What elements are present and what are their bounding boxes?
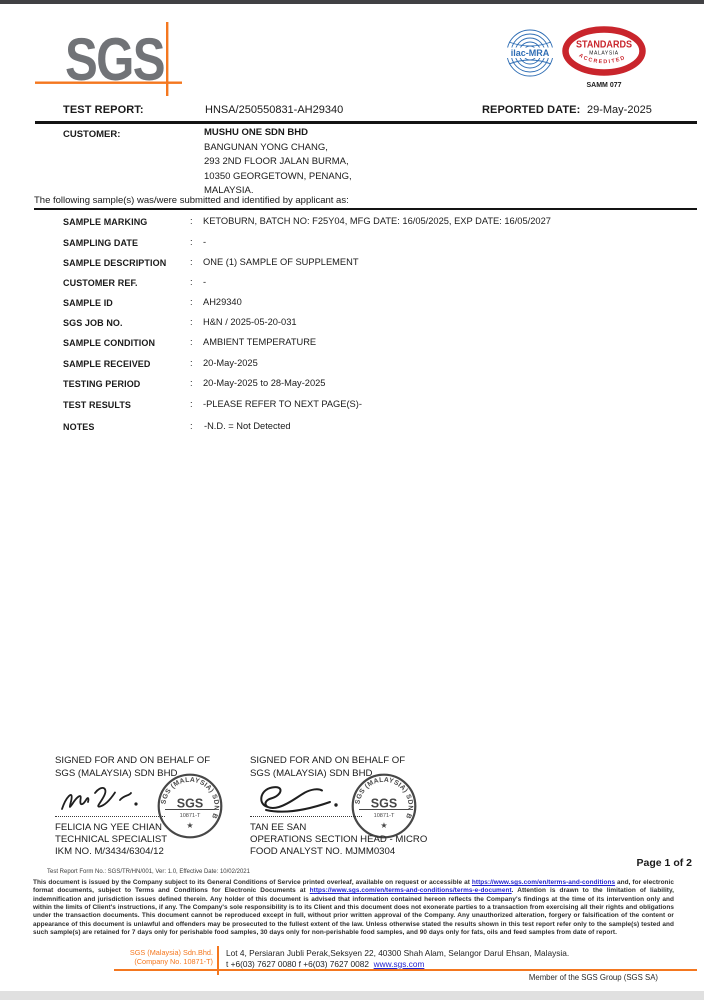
sgs-website-link[interactable]: www.sgs.com — [374, 959, 425, 969]
field-label-sample-marking: SAMPLE MARKING — [63, 217, 147, 227]
field-label-notes: NOTES — [63, 422, 95, 432]
footer-company-no: (Company No. 10871-T) — [100, 957, 213, 966]
signature-dotted-line — [250, 816, 362, 817]
signed-for-line: SIGNED FOR AND ON BEHALF OF — [55, 755, 210, 766]
signature-dotted-line — [55, 816, 165, 817]
customer-label: CUSTOMER: — [63, 129, 120, 140]
sgs-logo: SGS — [35, 18, 195, 105]
disclaimer-text: . Attention is drawn to the limitation o… — [33, 887, 674, 936]
stamp-center-text: SGS — [371, 797, 397, 811]
stamp-license-text: 10871-T — [374, 813, 395, 819]
scan-top-edge — [0, 0, 704, 4]
intro-line: The following sample(s) was/were submitt… — [34, 195, 349, 206]
footer-horizontal-rule — [114, 969, 697, 971]
footer-address: Lot 4, Persiaran Jubli Perak,Seksyen 22,… — [226, 948, 569, 959]
footer-phone-fax: t +6(03) 7627 0080 f +6(03) 7627 0082 — [226, 959, 369, 969]
field-label-testing-period: TESTING PERIOD — [63, 379, 140, 389]
field-label-customer-ref: CUSTOMER REF. — [63, 278, 138, 288]
field-value-sample-description: ONE (1) SAMPLE OF SUPPLEMENT — [203, 257, 359, 267]
disclaimer-text: This document is issued by the Company s… — [33, 879, 472, 886]
customer-address-line: 10350 GEORGETOWN, PENANG, — [204, 170, 352, 185]
signatory-title: TECHNICAL SPECIALIST — [55, 834, 167, 845]
company-stamp-icon: SGS (MALAYSIA) SDN BHD SGS 10871-T ★ — [156, 772, 224, 840]
field-colon: : — [190, 237, 193, 247]
ilac-mra-text: ilac-MRA — [511, 48, 550, 58]
scan-bottom-edge — [0, 991, 704, 1000]
test-report-label: TEST REPORT: — [63, 104, 144, 116]
stamp-license-text: 10871-T — [180, 813, 201, 819]
field-colon: : — [190, 216, 193, 226]
customer-address-line: 293 2ND FLOOR JALAN BURMA, — [204, 155, 352, 170]
signatory-name: FELICIA NG YEE CHIAN — [55, 822, 162, 833]
ilac-mra-icon: ilac-MRA — [505, 28, 555, 78]
field-label-sample-received: SAMPLE RECEIVED — [63, 359, 151, 369]
customer-address-line: BANGUNAN YONG CHANG, — [204, 141, 352, 156]
customer-name: MUSHU ONE SDN BHD — [204, 126, 352, 141]
field-value-testing-period: 20-May-2025 to 28-May-2025 — [203, 378, 325, 388]
standards-text: STANDARDS — [576, 39, 632, 51]
footer-member-line: Member of the SGS Group (SGS SA) — [529, 973, 658, 982]
terms-link[interactable]: https://www.sgs.com/en/terms-and-conditi… — [472, 879, 615, 886]
standards-malaysia-icon: STANDARDS MALAYSIA ACCREDITED — [561, 26, 647, 78]
field-value-notes: -N.D. = Not Detected — [204, 421, 291, 431]
field-value-test-results: -PLEASE REFER TO NEXT PAGE(S)- — [203, 399, 362, 409]
stamp-center-text: SGS — [177, 797, 203, 811]
field-value-sample-condition: AMBIENT TEMPERATURE — [203, 337, 316, 347]
footer-contacts-line: t +6(03) 7627 0080 f +6(03) 7627 0082 ww… — [226, 959, 424, 970]
signatory-cert: IKM NO. M/3434/6304/12 — [55, 846, 164, 857]
sgs-logo-text: SGS — [65, 25, 164, 93]
footer-company-name: SGS (Malaysia) Sdn.Bhd. — [100, 948, 213, 957]
field-label-sample-condition: SAMPLE CONDITION — [63, 338, 155, 348]
company-stamp-icon: SGS (MALAYSIA) SDN BHD SGS 10871-T ★ — [350, 772, 418, 840]
field-label-test-results: TEST RESULTS — [63, 400, 131, 410]
field-colon: : — [190, 297, 193, 307]
signatory-name: TAN EE SAN — [250, 822, 306, 833]
stamp-star-icon: ★ — [186, 821, 193, 830]
stamp-star-icon: ★ — [380, 821, 387, 830]
field-label-sample-id: SAMPLE ID — [63, 298, 113, 308]
field-colon: : — [190, 378, 193, 388]
field-value-sgs-job-no: H&N / 2025-05-20-031 — [203, 317, 297, 327]
field-colon: : — [190, 337, 193, 347]
field-colon: : — [190, 399, 193, 409]
field-colon: : — [190, 277, 193, 287]
field-value-sample-id: AH29340 — [203, 297, 242, 307]
accreditation-block: ilac-MRA STANDARDS MALAYSIA ACCREDITED S… — [505, 26, 655, 96]
field-label-sample-description: SAMPLE DESCRIPTION — [63, 258, 166, 268]
footer-company-block: SGS (Malaysia) Sdn.Bhd. (Company No. 108… — [100, 948, 213, 966]
samm-number: SAMM 077 — [561, 82, 647, 89]
field-colon: : — [190, 358, 193, 368]
reported-date-label: REPORTED DATE: — [482, 104, 580, 116]
malaysia-text: MALAYSIA — [589, 51, 619, 57]
field-value-sample-received: 20-May-2025 — [203, 358, 258, 368]
e-document-terms-link[interactable]: https://www.sgs.com/en/terms-and-conditi… — [310, 887, 512, 894]
page-indicator: Page 1 of 2 — [637, 857, 692, 869]
form-reference: Test Report Form No.: SGS/TR/HN/001, Ver… — [47, 869, 250, 875]
customer-block: MUSHU ONE SDN BHD BANGUNAN YONG CHANG, 2… — [204, 126, 352, 199]
field-label-sgs-job-no: SGS JOB NO. — [63, 318, 123, 328]
signed-for-line: SIGNED FOR AND ON BEHALF OF — [250, 755, 405, 766]
sgs-logo-icon: SGS — [35, 18, 195, 100]
reported-date-value: 29-May-2025 — [587, 104, 652, 116]
intro-divider — [34, 208, 697, 211]
disclaimer-paragraph: This document is issued by the Company s… — [33, 879, 674, 937]
report-number: HNSA/250550831-AH29340 — [205, 104, 343, 116]
field-value-sampling-date: - — [203, 237, 206, 247]
field-colon: : — [190, 317, 193, 327]
field-label-sampling-date: SAMPLING DATE — [63, 238, 138, 248]
header-divider — [35, 121, 697, 124]
signatory-cert: FOOD ANALYST NO. MJMM0304 — [250, 846, 395, 857]
field-value-customer-ref: - — [203, 277, 206, 287]
field-value-sample-marking: KETOBURN, BATCH NO: F25Y04, MFG DATE: 16… — [203, 216, 551, 226]
signature-1-icon — [58, 780, 168, 818]
field-colon: : — [190, 421, 193, 431]
field-colon: : — [190, 257, 193, 267]
